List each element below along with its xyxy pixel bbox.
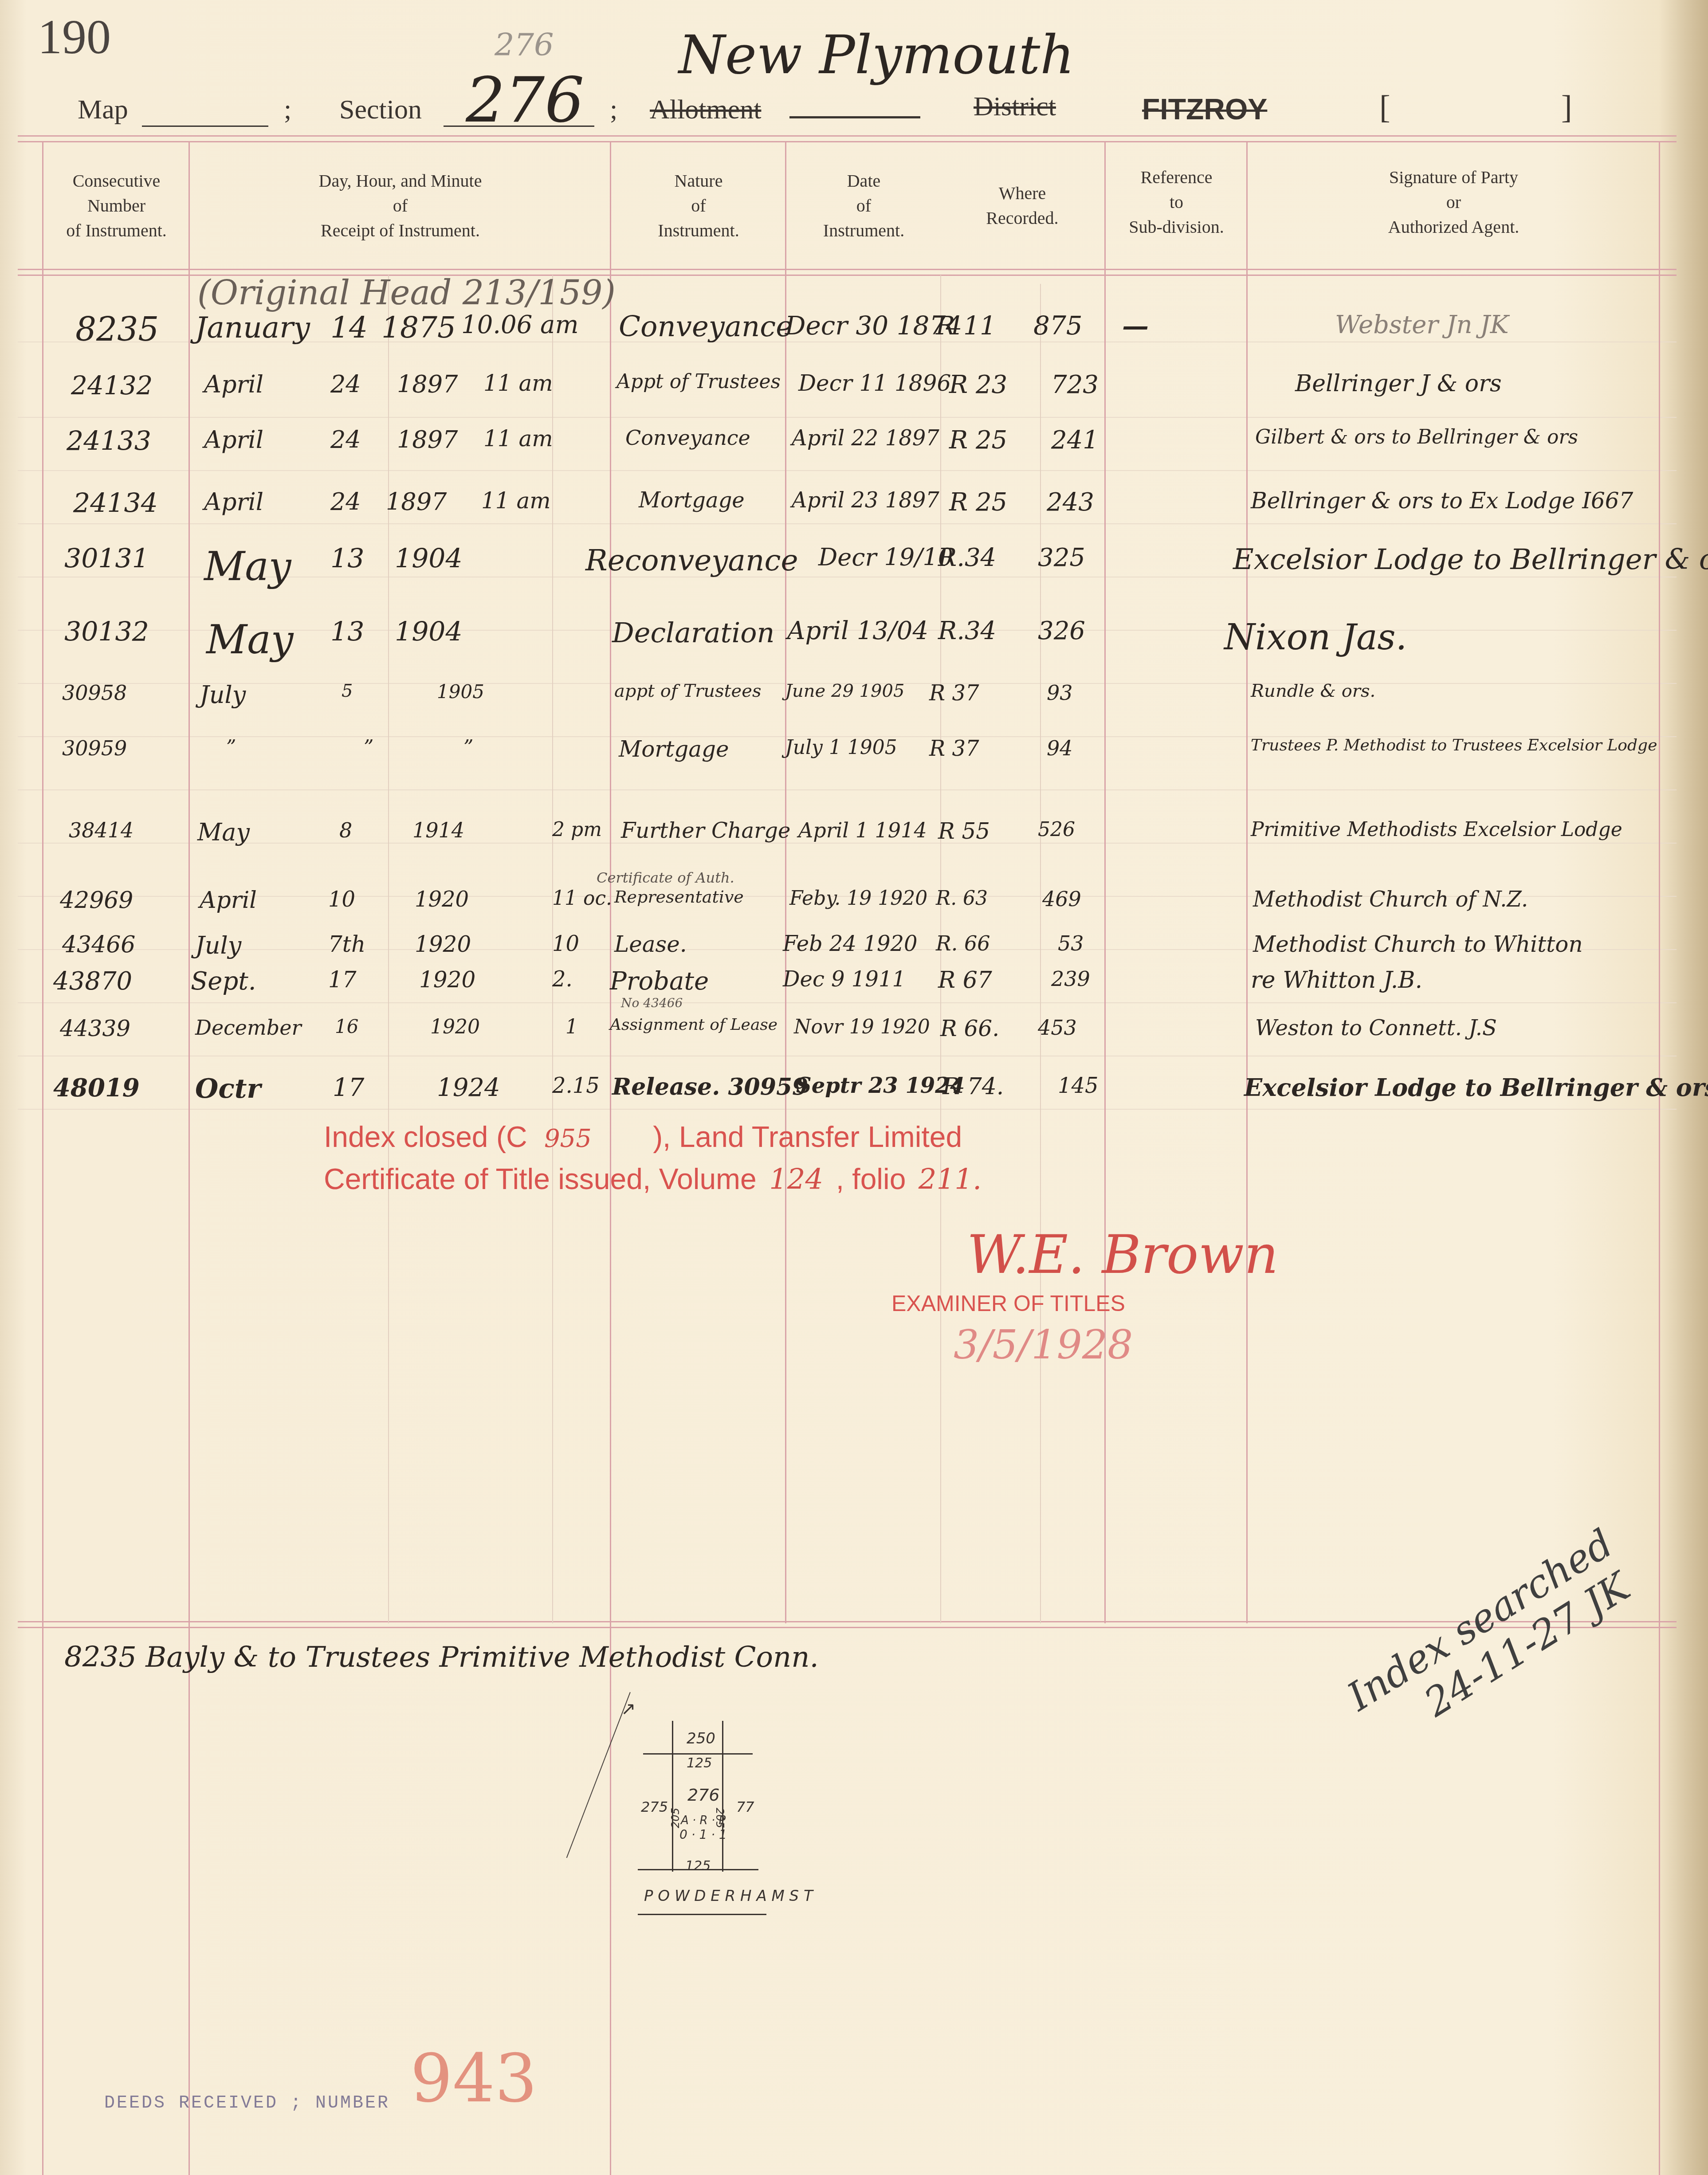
entry-date: April 13/04 — [787, 616, 928, 645]
entry-time: 2. — [552, 967, 573, 992]
entry-date: April 22 1897 — [792, 426, 939, 451]
deeds-received-stamp: DEEDS RECEIVED ; NUMBER — [104, 2093, 390, 2113]
plan-left-boundary — [672, 1721, 673, 1872]
entry-day: 17 — [333, 1073, 364, 1102]
examiner-signature: W.E. Brown — [967, 1224, 1278, 1286]
entry-date: Feby. 19 1920 — [789, 887, 927, 910]
column-header-label: Nature of Instrument. — [658, 171, 739, 240]
entry-nature: Mortgage — [639, 488, 745, 513]
entry-signature: Excelsior Lodge to Bellringer & ors — [1244, 1073, 1708, 1102]
certificate-stamp: Certificate of Title issued, Volume 124 … — [324, 1162, 982, 1196]
examiner-date: 3/5/1928 — [954, 1322, 1133, 1368]
separator: ; — [610, 94, 617, 126]
certificate-label: Certificate of Title issued, Volume — [324, 1162, 757, 1195]
table-row: 43870 Sept. 17 1920 2. Probate Dec 9 191… — [0, 967, 1708, 1016]
entry-day: 5 — [342, 681, 353, 701]
deeds-received-number: 943 — [410, 2040, 537, 2117]
plan-top-width: 125 — [687, 1755, 712, 1771]
table-row: 30958 July 5 1905 appt of Trustees June … — [0, 681, 1708, 730]
entry-signature: Primitive Methodists Excelsior Lodge — [1251, 818, 1622, 841]
entry-year: 1904 — [395, 543, 463, 574]
page-number: 190 — [38, 9, 111, 65]
entry-date: Feb 24 1920 — [783, 931, 918, 956]
column-divider — [785, 142, 786, 1623]
entry-recorded-book: R 25 — [949, 426, 1007, 455]
entry-number: 42969 — [60, 887, 133, 914]
entry-month: April — [204, 488, 263, 516]
entry-year: 1914 — [412, 818, 464, 842]
entry-year: 1905 — [437, 681, 484, 703]
table-row: 30131 May 13 1904 Reconveyance Decr 19/1… — [0, 543, 1708, 592]
place-heading: New Plymouth — [679, 24, 1075, 86]
entry-recorded-folio: 723 — [1051, 370, 1099, 399]
entry-number: 43870 — [53, 967, 132, 996]
footnote-text: 8235 Bayly & to Trustees Primitive Metho… — [64, 1641, 819, 1674]
column-divider — [1246, 142, 1248, 1623]
entry-year: ” — [463, 736, 474, 759]
land-transfer-label: ), Land Transfer Limited — [653, 1120, 962, 1153]
entry-number: 30959 — [62, 736, 127, 760]
column-header-receipt: Day, Hour, and Minute of Receipt of Inst… — [191, 169, 610, 243]
entry-nature: Conveyance — [619, 310, 793, 343]
entry-month: April — [200, 887, 257, 914]
entry-day: 7th — [328, 931, 365, 957]
entry-month: May — [204, 543, 291, 590]
entry-recorded-folio: 145 — [1058, 1073, 1099, 1098]
table-row: 38414 May 8 1914 2 pm Further Charge Apr… — [0, 818, 1708, 867]
entry-time: 11 am — [483, 370, 553, 396]
entry-number: 30958 — [62, 681, 127, 705]
entry-recorded-book: R 23 — [949, 370, 1007, 399]
entry-month: May — [206, 616, 294, 663]
header-rule-bottom — [18, 269, 1677, 270]
entry-month: December — [195, 1016, 301, 1040]
table-row: 30132 May 13 1904 Declaration April 13/0… — [0, 616, 1708, 665]
entry-signature: Gilbert & ors to Bellringer & ors — [1255, 426, 1578, 448]
entry-year: 1904 — [395, 616, 463, 648]
separator: ; — [284, 94, 291, 126]
entry-recorded-book: R 55 — [938, 818, 990, 844]
entry-day: 13 — [330, 616, 364, 648]
column-header-label: Consecutive Number of Instrument. — [66, 171, 167, 240]
plan-east-lot: 77 — [736, 1798, 754, 1815]
folio-number: 211. — [919, 1163, 982, 1196]
entry-nature: Release. 30959 — [612, 1073, 808, 1100]
entry-recorded-folio: 243 — [1047, 488, 1094, 517]
entry-signature: Weston to Connett. J.S — [1255, 1016, 1497, 1040]
entry-day: 24 — [330, 426, 361, 454]
table-row: 48019 Octr 17 1924 2.15 Release. 30959 S… — [0, 1073, 1708, 1122]
entry-recorded-book: R. 66 — [936, 931, 990, 955]
entry-day: 24 — [330, 370, 361, 398]
entry-year: 1897 — [397, 370, 458, 398]
entry-nature: Appt of Trustees — [616, 370, 781, 393]
entry-month: ” — [226, 736, 236, 759]
entry-signature: Webster Jn JK — [1335, 310, 1509, 339]
entry-year: 1875 — [381, 310, 456, 345]
district-value: FITZROY — [1142, 92, 1267, 126]
plan-lot-number: 276 — [687, 1785, 720, 1805]
entry-number: 48019 — [53, 1073, 140, 1103]
register-page: 190 New Plymouth Map ; Section 276 276 ;… — [0, 0, 1708, 2175]
entry-recorded-folio: 239 — [1051, 967, 1090, 991]
plan-top-boundary — [643, 1753, 753, 1755]
column-header-label: Where Recorded. — [986, 183, 1058, 228]
entry-time: 11 oc. — [552, 887, 612, 910]
entry-recorded-folio: 326 — [1038, 616, 1085, 645]
entry-date: Novr 19 1920 — [794, 1016, 930, 1038]
entry-time: 2.15 — [552, 1073, 600, 1098]
entry-date: Septr 23 1924 — [796, 1073, 965, 1098]
entry-nature: Further Charge — [621, 818, 790, 843]
entry-recorded-book: R.34 — [938, 543, 996, 572]
entry-month: April — [204, 370, 263, 398]
header-rule-top-2 — [18, 141, 1677, 142]
entry-day: 8 — [339, 818, 352, 842]
entry-number: 24134 — [73, 488, 158, 519]
entry-day: 17 — [328, 967, 357, 993]
entry-time: 10 — [552, 931, 579, 956]
entry-number: 8235 — [75, 310, 159, 349]
entry-number: 24133 — [67, 426, 151, 457]
entry-nature: Probate — [610, 967, 709, 996]
column-header-signature: Signature of Party or Authorized Agent. — [1249, 165, 1659, 239]
district-label: District — [974, 91, 1056, 122]
entry-number: 43466 — [62, 931, 135, 958]
column-header-label: Date of Instrument. — [823, 171, 904, 240]
entry-month: July — [195, 931, 241, 959]
entry-recorded-folio: 875 — [1033, 310, 1083, 341]
entry-year: 1897 — [397, 426, 458, 454]
plan-area-units: A · R · P — [681, 1814, 726, 1827]
index-searched-note: Index searched 24-11-27 JK — [1339, 1520, 1645, 1759]
column-header-label: Reference to Sub-division. — [1129, 167, 1224, 237]
entry-year: 1897 — [386, 488, 447, 516]
allotment-field-line — [789, 116, 920, 118]
entry-year: 1920 — [419, 967, 475, 993]
entry-recorded-book: R 66. — [940, 1016, 999, 1041]
allotment-label: Allotment — [650, 94, 761, 126]
entry-nature: Declaration — [612, 616, 775, 649]
entry-nature-note: No 43466 — [621, 996, 683, 1010]
column-header-number: Consecutive Number of Instrument. — [44, 169, 188, 243]
entry-day: 14 — [330, 310, 368, 345]
entry-time: 10.06 am — [461, 310, 579, 339]
entry-nature: Lease. — [614, 931, 687, 957]
entry-date: June 29 1905 — [785, 681, 904, 701]
plan-right-boundary — [722, 1721, 723, 1872]
entry-signature: re Whitton J.B. — [1251, 967, 1422, 993]
table-row: 24133 April 24 1897 11 am Conveyance Apr… — [0, 426, 1708, 475]
north-arrow-icon: ↗ — [621, 1699, 636, 1719]
entry-time: 2 pm — [552, 818, 602, 841]
entry-recorded-book: R.34 — [938, 616, 996, 645]
header-rule-top — [18, 135, 1677, 137]
section-pencil-note: 276 — [495, 27, 554, 63]
entry-number: 44339 — [60, 1016, 130, 1041]
entry-recorded-book: R 37 — [929, 736, 979, 761]
plan-north-lot: 250 — [687, 1730, 715, 1747]
entry-nature: Mortgage — [619, 736, 729, 762]
entry-month: May — [197, 818, 250, 846]
entry-date: Decr 19/10 — [818, 543, 953, 571]
entry-signature: Bellringer J & ors — [1295, 370, 1502, 397]
entry-number: 30132 — [64, 616, 149, 648]
entry-recorded-folio: 53 — [1058, 931, 1084, 955]
index-closed-label: Index closed (C — [324, 1120, 527, 1153]
table-row: 24132 April 24 1897 11 am Appt of Truste… — [0, 370, 1708, 419]
column-header-label: Day, Hour, and Minute of Receipt of Inst… — [319, 171, 482, 240]
entry-month: January — [195, 310, 310, 345]
entry-month: July — [200, 681, 246, 709]
table-row: 24134 April 24 1897 11 am Mortgage April… — [0, 488, 1708, 537]
entry-signature: Bellringer & ors to Ex Lodge I667 — [1251, 488, 1633, 514]
plan-west-lot: 275 — [641, 1798, 668, 1815]
entry-recorded-folio: 93 — [1047, 681, 1073, 705]
entry-date: July 1 1905 — [785, 736, 897, 759]
entry-recorded-folio: 453 — [1038, 1016, 1077, 1040]
bracket-open: [ — [1379, 89, 1390, 126]
original-head-note: (Original Head 213/159) — [197, 273, 616, 312]
entry-recorded-book: R. 63 — [936, 887, 988, 910]
index-closed-number: 955 — [544, 1124, 592, 1153]
entry-time: 11 am — [483, 426, 553, 451]
plan-left-depth: 205 — [669, 1808, 682, 1828]
plan-street-name: P O W D E R H A M S T — [644, 1887, 813, 1905]
entry-year: 1924 — [437, 1073, 500, 1102]
map-field-line — [142, 126, 268, 127]
entry-time: 11 am — [481, 488, 551, 514]
column-header-subdivision: Reference to Sub-division. — [1107, 165, 1246, 239]
entry-number: 30131 — [64, 543, 149, 574]
entry-day: 10 — [328, 887, 355, 912]
entry-signature: Trustees P. Methodist to Trustees Excels… — [1251, 736, 1657, 754]
entry-number: 38414 — [69, 818, 133, 842]
entry-month: Sept. — [191, 967, 256, 996]
entry-day: ” — [364, 736, 374, 759]
entry-date: April 1 1914 — [798, 818, 927, 842]
entry-signature: Excelsior Lodge to Bellringer & ors — [1233, 543, 1708, 576]
entry-month: April — [204, 426, 263, 454]
entry-recorded-book: R 74. — [942, 1073, 1004, 1100]
entry-recorded-folio: 469 — [1042, 887, 1081, 911]
table-rule-bottom — [18, 1621, 1677, 1622]
table-row: 42969 April 10 1920 11 oc. Certificate o… — [0, 887, 1708, 936]
column-header-label: Signature of Party or Authorized Agent. — [1388, 167, 1520, 237]
entry-time: 1 — [565, 1016, 578, 1038]
entry-recorded-folio: 526 — [1038, 818, 1075, 841]
entry-nature: appt of Trustees — [614, 681, 761, 701]
folio-label: , folio — [836, 1162, 906, 1195]
entry-recorded-folio: 325 — [1038, 543, 1085, 572]
bracket-close: ] — [1561, 89, 1572, 126]
entry-nature: Reconveyance — [585, 543, 798, 577]
entry-recorded-folio: 94 — [1047, 736, 1073, 760]
entry-year: 1920 — [415, 931, 471, 957]
entry-nature: Conveyance — [625, 426, 750, 450]
plan-area-value: 0 · 1 · 1 — [679, 1827, 727, 1842]
column-divider — [1104, 142, 1106, 1623]
section-label: Section — [339, 94, 422, 126]
ruled-line — [18, 789, 1677, 790]
entry-signature: Methodist Church to Whitton — [1253, 931, 1583, 957]
column-header-nature: Nature of Instrument. — [612, 169, 785, 243]
entry-date: April 23 1897 — [792, 488, 939, 513]
table-row: 30959 ” ” ” Mortgage July 1 1905 R 37 94… — [0, 736, 1708, 785]
entry-year: 1920 — [430, 1016, 480, 1038]
lot-plan-diagram: ↗ 250 125 276 275 77 205 205 A · R · P 0… — [577, 1685, 1109, 2040]
entry-year: 1920 — [415, 887, 469, 912]
entry-recorded-book: R 25 — [949, 488, 1007, 517]
volume-number: 124 — [769, 1163, 823, 1196]
plan-bottom-width: 125 — [685, 1858, 711, 1874]
entry-date: Dec 9 1911 — [783, 967, 906, 992]
index-closed-stamp: Index closed (C 955 ), Land Transfer Lim… — [324, 1120, 962, 1154]
map-label: Map — [78, 94, 128, 126]
entry-nature: Assignment of Lease — [610, 1016, 777, 1034]
entry-day: 16 — [335, 1016, 358, 1037]
entry-nature-note: Certificate of Auth. — [597, 869, 734, 886]
entry-recorded-folio: 241 — [1051, 426, 1099, 455]
entry-nature: Representative — [614, 887, 744, 907]
entry-recorded-book: R 67 — [938, 967, 992, 993]
section-field-line — [444, 126, 594, 127]
table-row: 44339 December 16 1920 1 No 43466 Assign… — [0, 1016, 1708, 1064]
entry-month: Octr — [195, 1073, 261, 1104]
entry-signature: Nixon Jas. — [1224, 616, 1407, 658]
entry-signature: Methodist Church of N.Z. — [1253, 887, 1528, 912]
examiner-title: EXAMINER OF TITLES — [891, 1291, 1125, 1316]
entry-day: 13 — [330, 543, 364, 574]
entry-date: Decr 11 1896 — [798, 370, 951, 396]
column-header-date: Date of Instrument. — [787, 169, 940, 243]
table-row: 8235 January 14 1875 10.06 am Conveyance… — [0, 310, 1708, 359]
entry-number: 24132 — [71, 370, 153, 400]
entry-subdivision: — — [1122, 310, 1149, 342]
column-header-recorded: Where Recorded. — [940, 181, 1104, 231]
entry-recorded-book: R 11 — [936, 310, 996, 341]
entry-recorded-book: R 37 — [929, 681, 979, 706]
entry-day: 24 — [330, 488, 361, 516]
plan-street-line — [638, 1914, 766, 1915]
entry-signature: Rundle & ors. — [1251, 681, 1375, 701]
